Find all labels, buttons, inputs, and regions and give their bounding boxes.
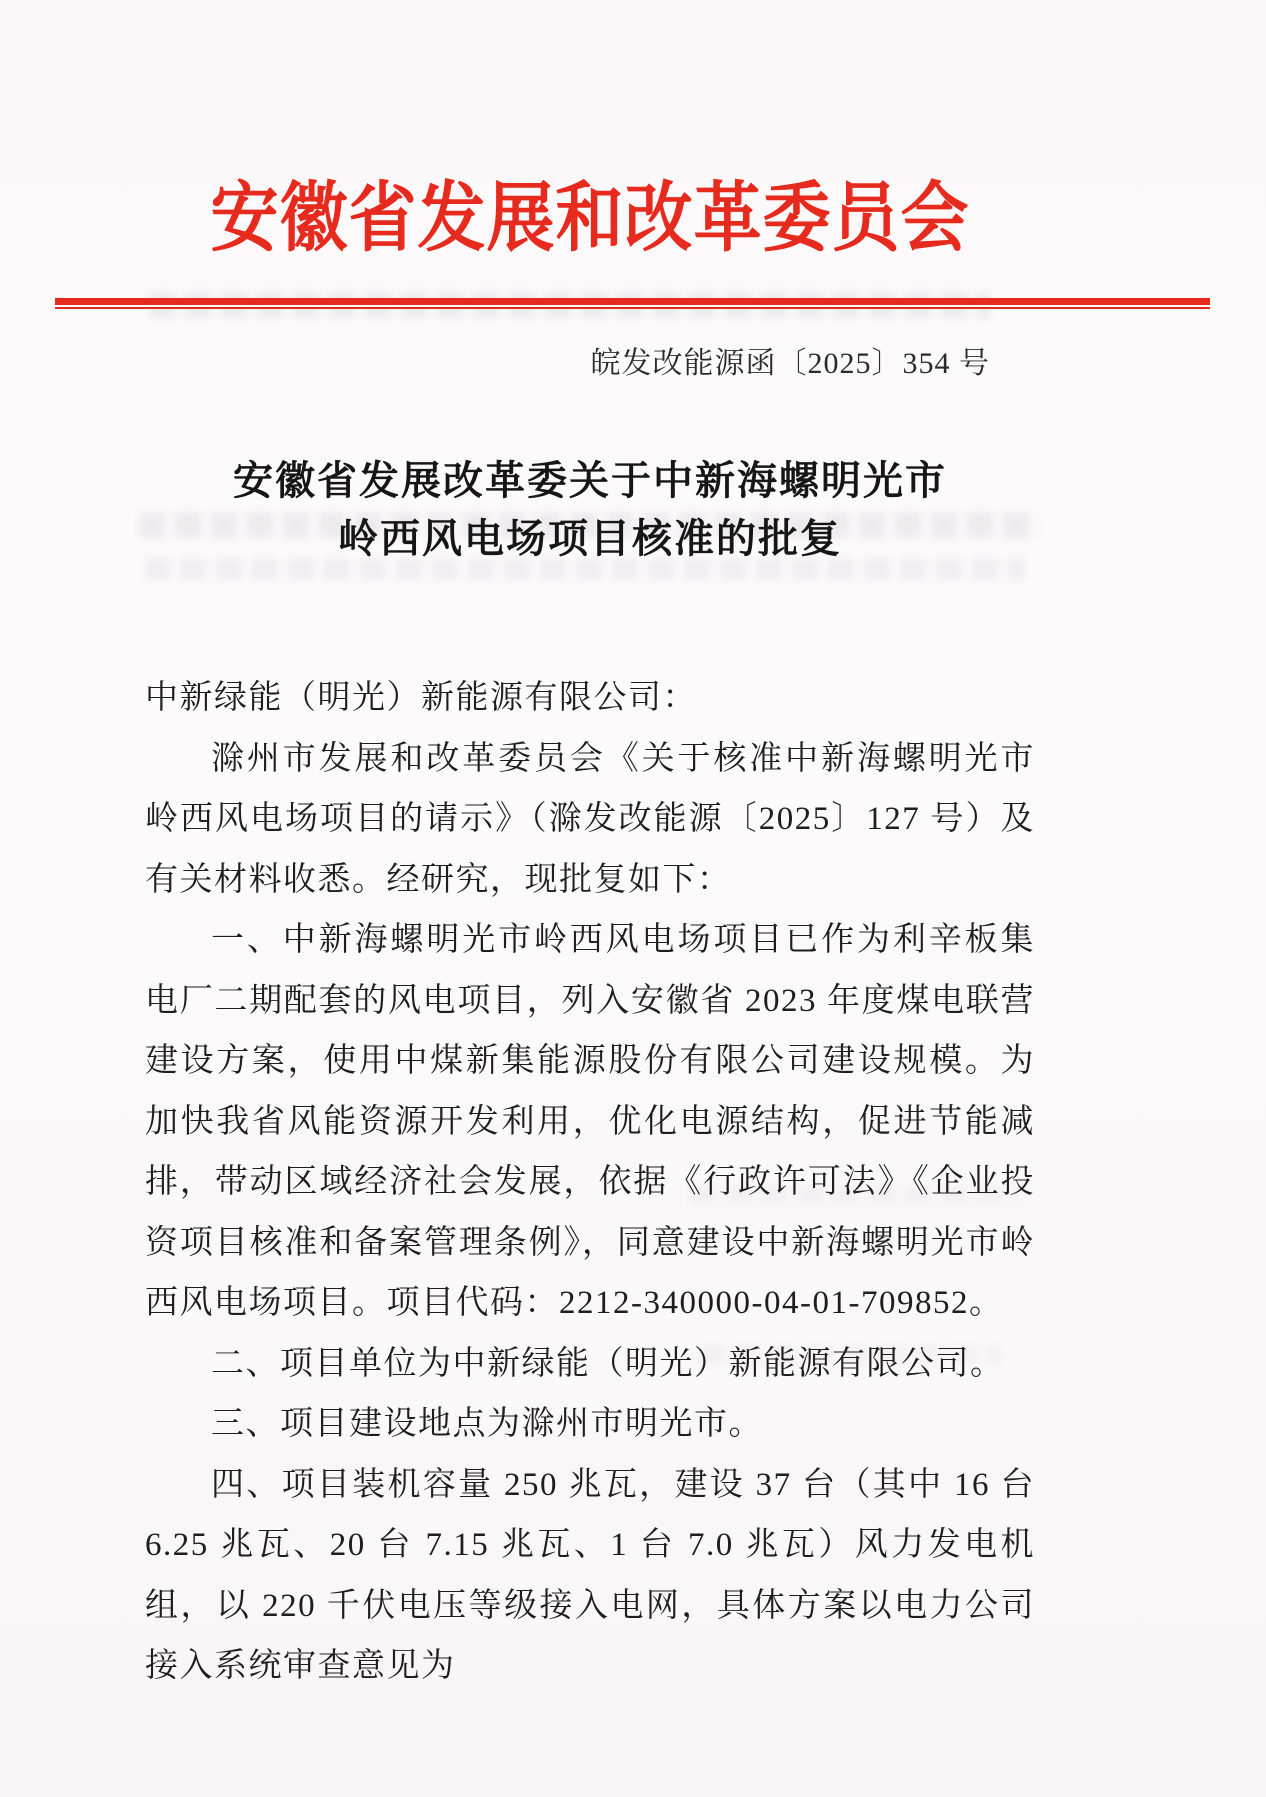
- document-title-line2: 岭西风电场项目核准的批复: [145, 510, 1035, 568]
- body-paragraph: 滁州市发展和改革委员会《关于核准中新海螺明光市岭西风电场项目的请示》（滁发改能源…: [145, 729, 1035, 911]
- body-paragraph: 一、中新海螺明光市岭西风电场项目已作为利辛板集电厂二期配套的风电项目，列入安徽省…: [145, 910, 1035, 1334]
- red-divider-line: [55, 298, 1210, 309]
- document-number: 皖发改能源函〔2025〕354 号: [145, 338, 1035, 382]
- document-title-line1: 安徽省发展改革委关于中新海螺明光市: [145, 452, 1035, 510]
- document-body: 中新绿能（明光）新能源有限公司： 滁州市发展和改革委员会《关于核准中新海螺明光市…: [145, 668, 1035, 1697]
- document-page: 安徽省发展和改革委员会 皖发改能源函〔2025〕354 号 安徽省发展改革委关于…: [0, 0, 1266, 1797]
- body-paragraph: 三、项目建设地点为滁州市明光市。: [145, 1394, 1035, 1455]
- document-title: 安徽省发展改革委关于中新海螺明光市 岭西风电场项目核准的批复: [145, 452, 1035, 568]
- red-divider-thin-stripe: [55, 307, 1210, 309]
- red-divider-thick-stripe: [55, 298, 1210, 305]
- salutation-line: 中新绿能（明光）新能源有限公司：: [145, 668, 1035, 729]
- body-paragraph: 四、项目装机容量 250 兆瓦，建设 37 台（其中 16 台 6.25 兆瓦、…: [145, 1455, 1035, 1697]
- letterhead-agency-name: 安徽省发展和改革委员会: [145, 158, 1035, 267]
- body-paragraph: 二、项目单位为中新绿能（明光）新能源有限公司。: [145, 1334, 1035, 1395]
